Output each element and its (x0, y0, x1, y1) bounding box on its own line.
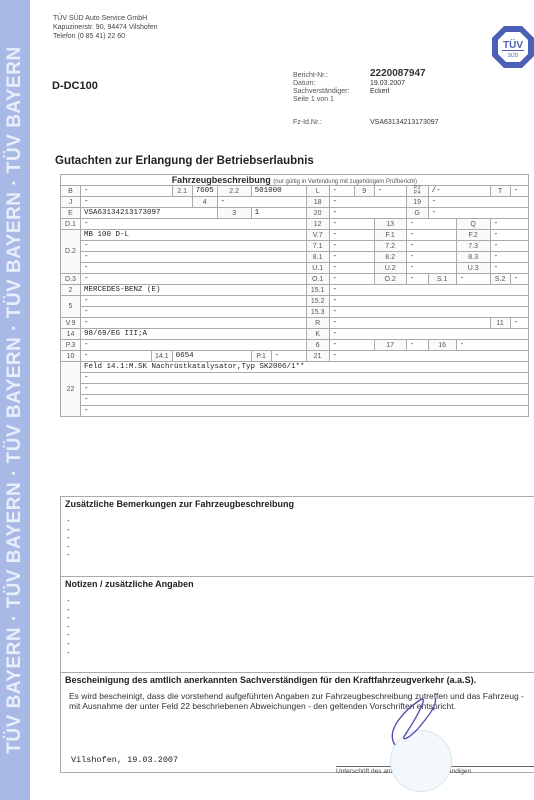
field-value: - (406, 219, 456, 230)
remarks-title: Zusätzliche Bemerkungen zur Fahrzeugbesc… (61, 497, 534, 511)
list-item: - (61, 517, 534, 526)
field-key: 7.2 (374, 241, 406, 252)
field-key: T (490, 186, 510, 197)
field-key: U.2 (374, 263, 406, 274)
notes-section: Notizen / zusätzliche Angaben ------- (60, 576, 534, 672)
issuer-name: TÜV SÜD Auto Service GmbH (53, 14, 158, 23)
field-key: G (406, 208, 428, 219)
field-value: - (406, 274, 428, 285)
list-item: - (61, 597, 534, 606)
field-value: - (81, 186, 173, 197)
list-item: - (61, 640, 534, 649)
field-key: J (61, 197, 81, 208)
field-key: 5 (61, 296, 81, 318)
field-value: - (510, 318, 528, 329)
field-value: - (329, 307, 528, 318)
field-value: - (81, 351, 152, 362)
field-value: /- (428, 186, 490, 197)
field-key: E (61, 208, 81, 219)
field-value: - (81, 219, 307, 230)
field-value: - (329, 285, 528, 296)
field-value: 501000 (251, 186, 306, 197)
field-value: - (329, 186, 354, 197)
signature-icon (375, 690, 445, 750)
field-value: - (456, 340, 528, 351)
field-key: V.7 (306, 230, 329, 241)
field-key: 21 (306, 351, 329, 362)
field-key: U.1 (306, 263, 329, 274)
field-value: - (329, 197, 406, 208)
field-value: - (329, 274, 374, 285)
field-key: F.2 (456, 230, 490, 241)
field-key: 17 (374, 340, 406, 351)
field-value: - (81, 263, 307, 274)
field-value: - (490, 263, 528, 274)
field-key: 9 (354, 186, 374, 197)
field-value: MERCEDES-BENZ (E) (81, 285, 307, 296)
field-key: 3 (217, 208, 251, 219)
field-value: - (406, 263, 456, 274)
field-value: - (374, 186, 406, 197)
field-value: - (81, 340, 307, 351)
tuv-sud-logo-icon: TÜV SÜD (490, 24, 534, 70)
certification-title: Bescheinigung des amtlich anerkannten Sa… (61, 673, 534, 687)
field-value: - (81, 318, 307, 329)
field-value: Feld 14.1:M.SK Nachrüstkatalysator,Typ S… (81, 362, 529, 373)
field-key: 22 (61, 362, 81, 417)
field-value: - (329, 252, 374, 263)
field-key: 6 (306, 340, 329, 351)
field-value: - (81, 384, 529, 395)
field-key: Q (456, 219, 490, 230)
field-key: 15.2 (306, 296, 329, 307)
fzid-label: Fz-Id.Nr.: (293, 119, 373, 127)
field-value: - (510, 186, 528, 197)
remarks-section: Zusätzliche Bemerkungen zur Fahrzeugbesc… (60, 496, 534, 576)
field-key: 7.1 (306, 241, 329, 252)
field-value: - (510, 274, 528, 285)
list-item: - (61, 649, 534, 658)
field-value: - (490, 252, 528, 263)
tuv-bayern-sidebar: TÜV BAYERN · TÜV BAYERN · TÜV BAYERN · T… (0, 0, 30, 800)
bericht-label: Bericht-Nr.: (293, 72, 373, 80)
field-value: - (329, 263, 374, 274)
sv-label: Sachverständiger: (293, 88, 373, 96)
field-value: - (81, 373, 529, 384)
field-key: 2 (61, 285, 81, 296)
field-value: - (271, 351, 306, 362)
field-key: 19 (406, 197, 428, 208)
list-item: - (61, 631, 534, 640)
field-value: - (329, 351, 528, 362)
field-key: S.1 (428, 274, 456, 285)
certification-text: Es wird bescheinigt, dass die vorstehend… (61, 687, 534, 715)
field-key: 10 (61, 351, 81, 362)
field-value: MB 100 D-L (81, 230, 307, 241)
field-key: P.1 (251, 351, 271, 362)
svg-text:TÜV: TÜV (503, 38, 523, 51)
field-key: 16 (428, 340, 456, 351)
list-item: - (61, 623, 534, 632)
field-key: 14.1 (152, 351, 173, 362)
bericht-value: 2220087947 (370, 70, 426, 78)
notes-title: Notizen / zusätzliche Angaben (61, 577, 534, 591)
issuer-street: Kapuzinerstr. 90, 94474 Vilshofen (53, 23, 158, 32)
issuer-address: TÜV SÜD Auto Service GmbH Kapuzinerstr. … (53, 14, 158, 41)
list-item: - (61, 534, 534, 543)
fzid-value: VSA63134213173097 (370, 119, 439, 127)
field-value: - (406, 230, 456, 241)
field-key: B (61, 186, 81, 197)
field-key: R (306, 318, 329, 329)
field-key: 15.1 (306, 285, 329, 296)
place-date: Vilshofen, 19.03.2007 (71, 755, 178, 765)
field-value: - (81, 252, 307, 263)
field-value: - (81, 241, 307, 252)
field-value: - (81, 274, 307, 285)
list-item: - (61, 614, 534, 623)
page-title: Gutachten zur Erlangung der Betriebserla… (55, 155, 314, 167)
field-key: P.2 P.4 (406, 186, 428, 197)
field-key: V.9 (61, 318, 81, 329)
field-key: D.2 (61, 230, 81, 274)
list-item: - (61, 526, 534, 535)
field-value: - (406, 241, 456, 252)
field-value: 0654 (172, 351, 251, 362)
svg-text:SÜD: SÜD (508, 52, 519, 59)
field-key: 12 (306, 219, 329, 230)
vehicle-description-table: Fahrzeugbeschreibung (nur gültig in Verb… (60, 174, 529, 417)
page-label: Seite 1 von 1 (293, 96, 373, 104)
field-value: - (81, 406, 529, 417)
field-value: - (490, 230, 528, 241)
field-key: O.2 (374, 274, 406, 285)
field-key: 7.3 (456, 241, 490, 252)
field-key: 18 (306, 197, 329, 208)
document-id: D-DC100 (52, 80, 98, 92)
field-value: - (217, 197, 306, 208)
field-value: - (428, 197, 528, 208)
field-key: 13 (374, 219, 406, 230)
field-value: - (81, 197, 193, 208)
field-value: - (329, 296, 528, 307)
field-value: - (406, 252, 456, 263)
field-key: O.1 (306, 274, 329, 285)
field-key: 8.1 (306, 252, 329, 263)
field-value: - (428, 208, 528, 219)
field-key: U.3 (456, 263, 490, 274)
field-value: - (81, 307, 307, 318)
issuer-phone: Telefon (0 85 41) 22 60 (53, 32, 158, 41)
field-value: VSA63134213173097 (81, 208, 218, 219)
field-key: F.1 (374, 230, 406, 241)
field-key: 2.2 (217, 186, 251, 197)
field-value: - (490, 219, 528, 230)
sidebar-banner-text: TÜV BAYERN · TÜV BAYERN · TÜV BAYERN · T… (4, 46, 26, 753)
field-key: D.3 (61, 274, 81, 285)
field-key: 8.2 (374, 252, 406, 263)
field-key: 20 (306, 208, 329, 219)
field-key: 8.3 (456, 252, 490, 263)
field-key: 11 (490, 318, 510, 329)
datum-value: 19.03.2007 (370, 80, 405, 88)
field-value: - (329, 230, 374, 241)
field-key: 4 (192, 197, 217, 208)
sv-value: Eckerl (370, 88, 389, 96)
field-value: - (329, 208, 406, 219)
field-key: S.2 (490, 274, 510, 285)
field-value: - (81, 395, 529, 406)
field-value: 7605 (192, 186, 217, 197)
field-key: L (306, 186, 329, 197)
table-header: Fahrzeugbeschreibung (nur gültig in Verb… (61, 175, 529, 186)
field-value: - (490, 241, 528, 252)
field-value: - (329, 329, 528, 340)
field-value: - (329, 340, 374, 351)
field-key: 15.3 (306, 307, 329, 318)
datum-label: Datum: (293, 80, 373, 88)
field-key: P.3 (61, 340, 81, 351)
field-value: - (329, 241, 374, 252)
field-key: K (306, 329, 329, 340)
field-key: 14 (61, 329, 81, 340)
field-value: 98/69/EG III;A (81, 329, 307, 340)
field-value: - (81, 296, 307, 307)
field-value: - (329, 219, 374, 230)
list-item: - (61, 606, 534, 615)
field-value: - (329, 318, 490, 329)
field-key: D.1 (61, 219, 81, 230)
list-item: - (61, 543, 534, 552)
field-key: 2.1 (172, 186, 192, 197)
field-value: - (406, 340, 428, 351)
list-item: - (61, 551, 534, 560)
certification-section: Bescheinigung des amtlich anerkannten Sa… (60, 672, 534, 773)
field-value: 1 (251, 208, 306, 219)
field-value: - (456, 274, 490, 285)
